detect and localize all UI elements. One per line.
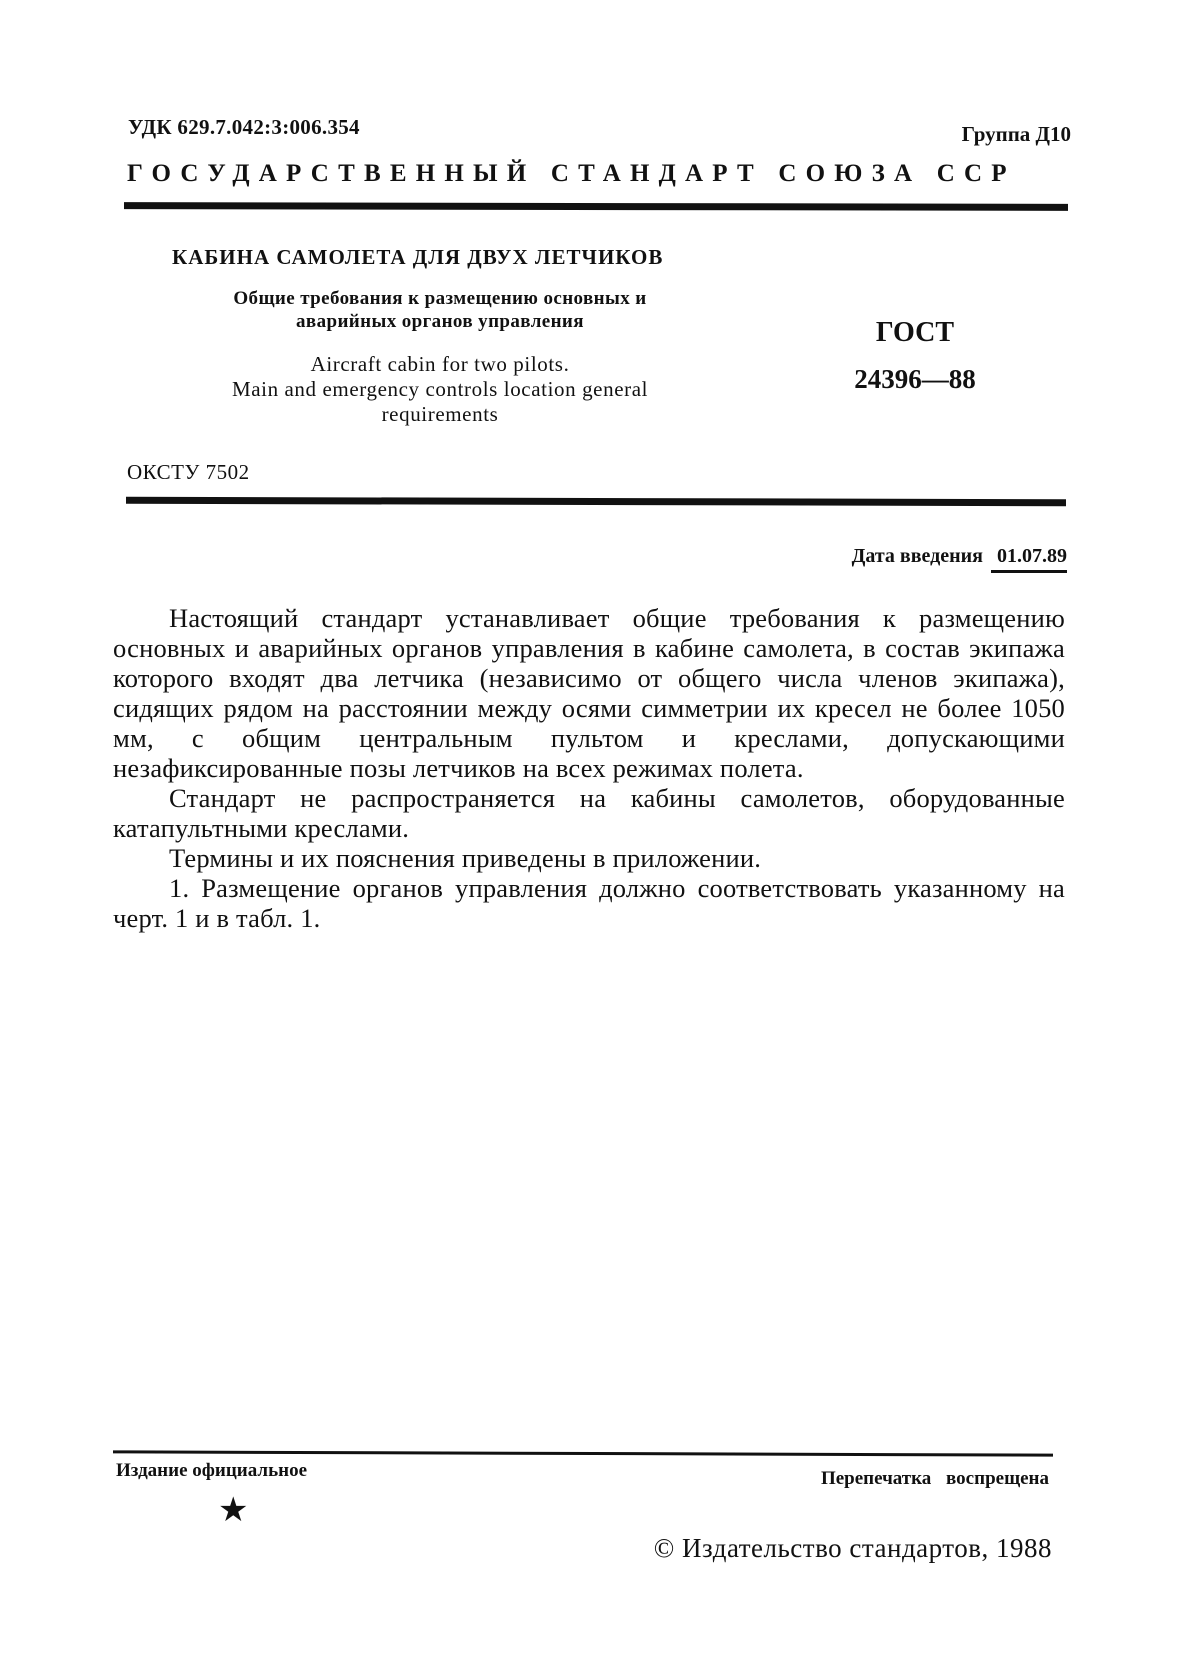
group-code: Группа Д10 — [962, 122, 1071, 147]
okstu-code: ОКСТУ 7502 — [127, 460, 250, 485]
introduction-date-label: Дата введения — [852, 545, 983, 567]
star-icon: ★ — [218, 1490, 248, 1530]
gost-number: 24396—88 — [810, 364, 1020, 395]
document-subtitle: Общие требования к размещению основных и… — [150, 287, 730, 333]
subtitle-line-2: аварийных органов управления — [150, 310, 730, 333]
copyright-notice: © Издательство стандартов, 1988 — [654, 1533, 1052, 1564]
paragraph-clause-1: 1. Размещение органов управления должно … — [113, 873, 1065, 933]
bottom-divider — [113, 1450, 1053, 1456]
udk-code: УДК 629.7.042:3:006.354 — [128, 115, 360, 140]
body-text: Настоящий стандарт устанавливает общие т… — [113, 603, 1065, 933]
paragraph-scope: Настоящий стандарт устанавливает общие т… — [113, 603, 1065, 783]
state-standard-banner: ГОСУДАРСТВЕННЫЙ СТАНДАРТ СОЮЗА ССР — [127, 160, 1067, 188]
introduction-date: Дата введения01.07.89 — [852, 545, 1067, 573]
english-title-line-1: Aircraft cabin for two pilots. — [150, 352, 730, 377]
english-title: Aircraft cabin for two pilots. Main and … — [150, 352, 730, 427]
middle-divider — [126, 497, 1066, 506]
paragraph-exclusion: Стандарт не распространяется на кабины с… — [113, 783, 1065, 843]
top-divider — [124, 202, 1068, 211]
english-title-line-2: Main and emergency controls location gen… — [150, 377, 730, 402]
official-edition: Издание официальное — [116, 1460, 307, 1482]
paragraph-terms: Термины и их пояснения приведены в прило… — [113, 843, 1065, 873]
gost-label: ГОСТ — [840, 317, 990, 349]
english-title-line-3: requirements — [150, 402, 730, 427]
reprint-prohibited: Перепечатка воспрещена — [821, 1468, 1049, 1490]
subtitle-line-1: Общие требования к размещению основных и — [150, 287, 730, 310]
document-title: КАБИНА САМОЛЕТА ДЛЯ ДВУХ ЛЕТЧИКОВ — [172, 245, 663, 270]
introduction-date-value: 01.07.89 — [991, 545, 1067, 573]
